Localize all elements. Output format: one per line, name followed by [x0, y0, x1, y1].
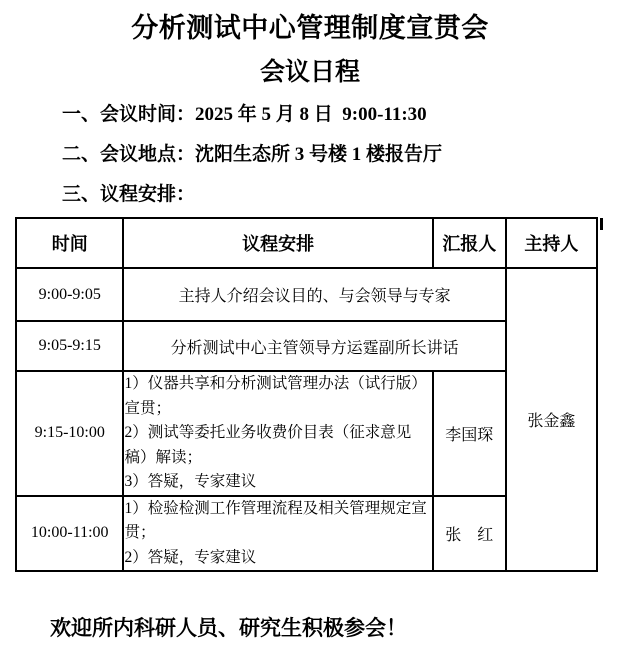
time-value: 9:00-9:05	[16, 268, 123, 321]
document-subtitle: 会议日程	[0, 59, 620, 87]
time-value: 9:15-10:00	[16, 371, 123, 496]
document-page: 分析测试中心管理制度宣贯会 会议日程 一、会议时间：2025 年 5 月 8 日…	[0, 0, 620, 664]
meeting-info-section: 一、会议时间：2025 年 5 月 8 日 9:00-11:30 二、会议地点：…	[0, 104, 620, 205]
host-value: 张金鑫	[506, 268, 597, 571]
reporter-value: 张 红	[433, 496, 506, 572]
document-title: 分析测试中心管理制度宣贯会	[0, 0, 620, 43]
agenda-heading-line: 三、议程安排：	[62, 184, 620, 205]
col-header-reporter: 汇报人	[433, 218, 506, 268]
col-header-host: 主持人	[506, 218, 597, 268]
col-header-time: 时间	[16, 218, 123, 268]
table-row: 9:00-9:05 主持人介绍会议目的、与会领导与专家 张金鑫	[16, 268, 597, 321]
paragraph-mark	[600, 218, 603, 230]
agenda-value: 主持人介绍会议目的、与会领导与专家	[123, 268, 505, 321]
agenda-item-1: 1）检验检测工作管理流程及相关管理规定宣贯；	[124, 497, 431, 546]
meeting-location-line: 二、会议地点：沈阳生态所 3 号楼 1 楼报告厅	[62, 144, 620, 165]
agenda-item-2: 2）测试等委托业务收费价目表（征求意见稿）解读；	[124, 421, 431, 470]
agenda-value: 分析测试中心主管领导方运霆副所长讲话	[123, 321, 505, 371]
agenda-table: 时间 议程安排 汇报人 主持人 9:00-9:05 主持人介绍会议目的、与会领导…	[15, 217, 598, 572]
agenda-item-1: 1）仪器共享和分析测试管理办法（试行版）宣贯；	[124, 372, 431, 421]
time-value: 10:00-11:00	[16, 496, 123, 572]
agenda-item-3: 3）答疑，专家建议	[124, 470, 431, 495]
meeting-time-line: 一、会议时间：2025 年 5 月 8 日 9:00-11:30	[62, 104, 620, 125]
time-value: 9:05-9:15	[16, 321, 123, 371]
agenda-item-2: 2）答疑，专家建议	[124, 546, 431, 571]
agenda-value: 1）仪器共享和分析测试管理办法（试行版）宣贯； 2）测试等委托业务收费价目表（征…	[123, 371, 432, 496]
col-header-agenda: 议程安排	[123, 218, 432, 268]
reporter-value: 李国琛	[433, 371, 506, 496]
agenda-value: 1）检验检测工作管理流程及相关管理规定宣贯； 2）答疑，专家建议	[123, 496, 432, 572]
table-header-row: 时间 议程安排 汇报人 主持人	[16, 218, 597, 268]
welcome-footer: 欢迎所内科研人员、研究生积极参会！	[50, 617, 620, 640]
